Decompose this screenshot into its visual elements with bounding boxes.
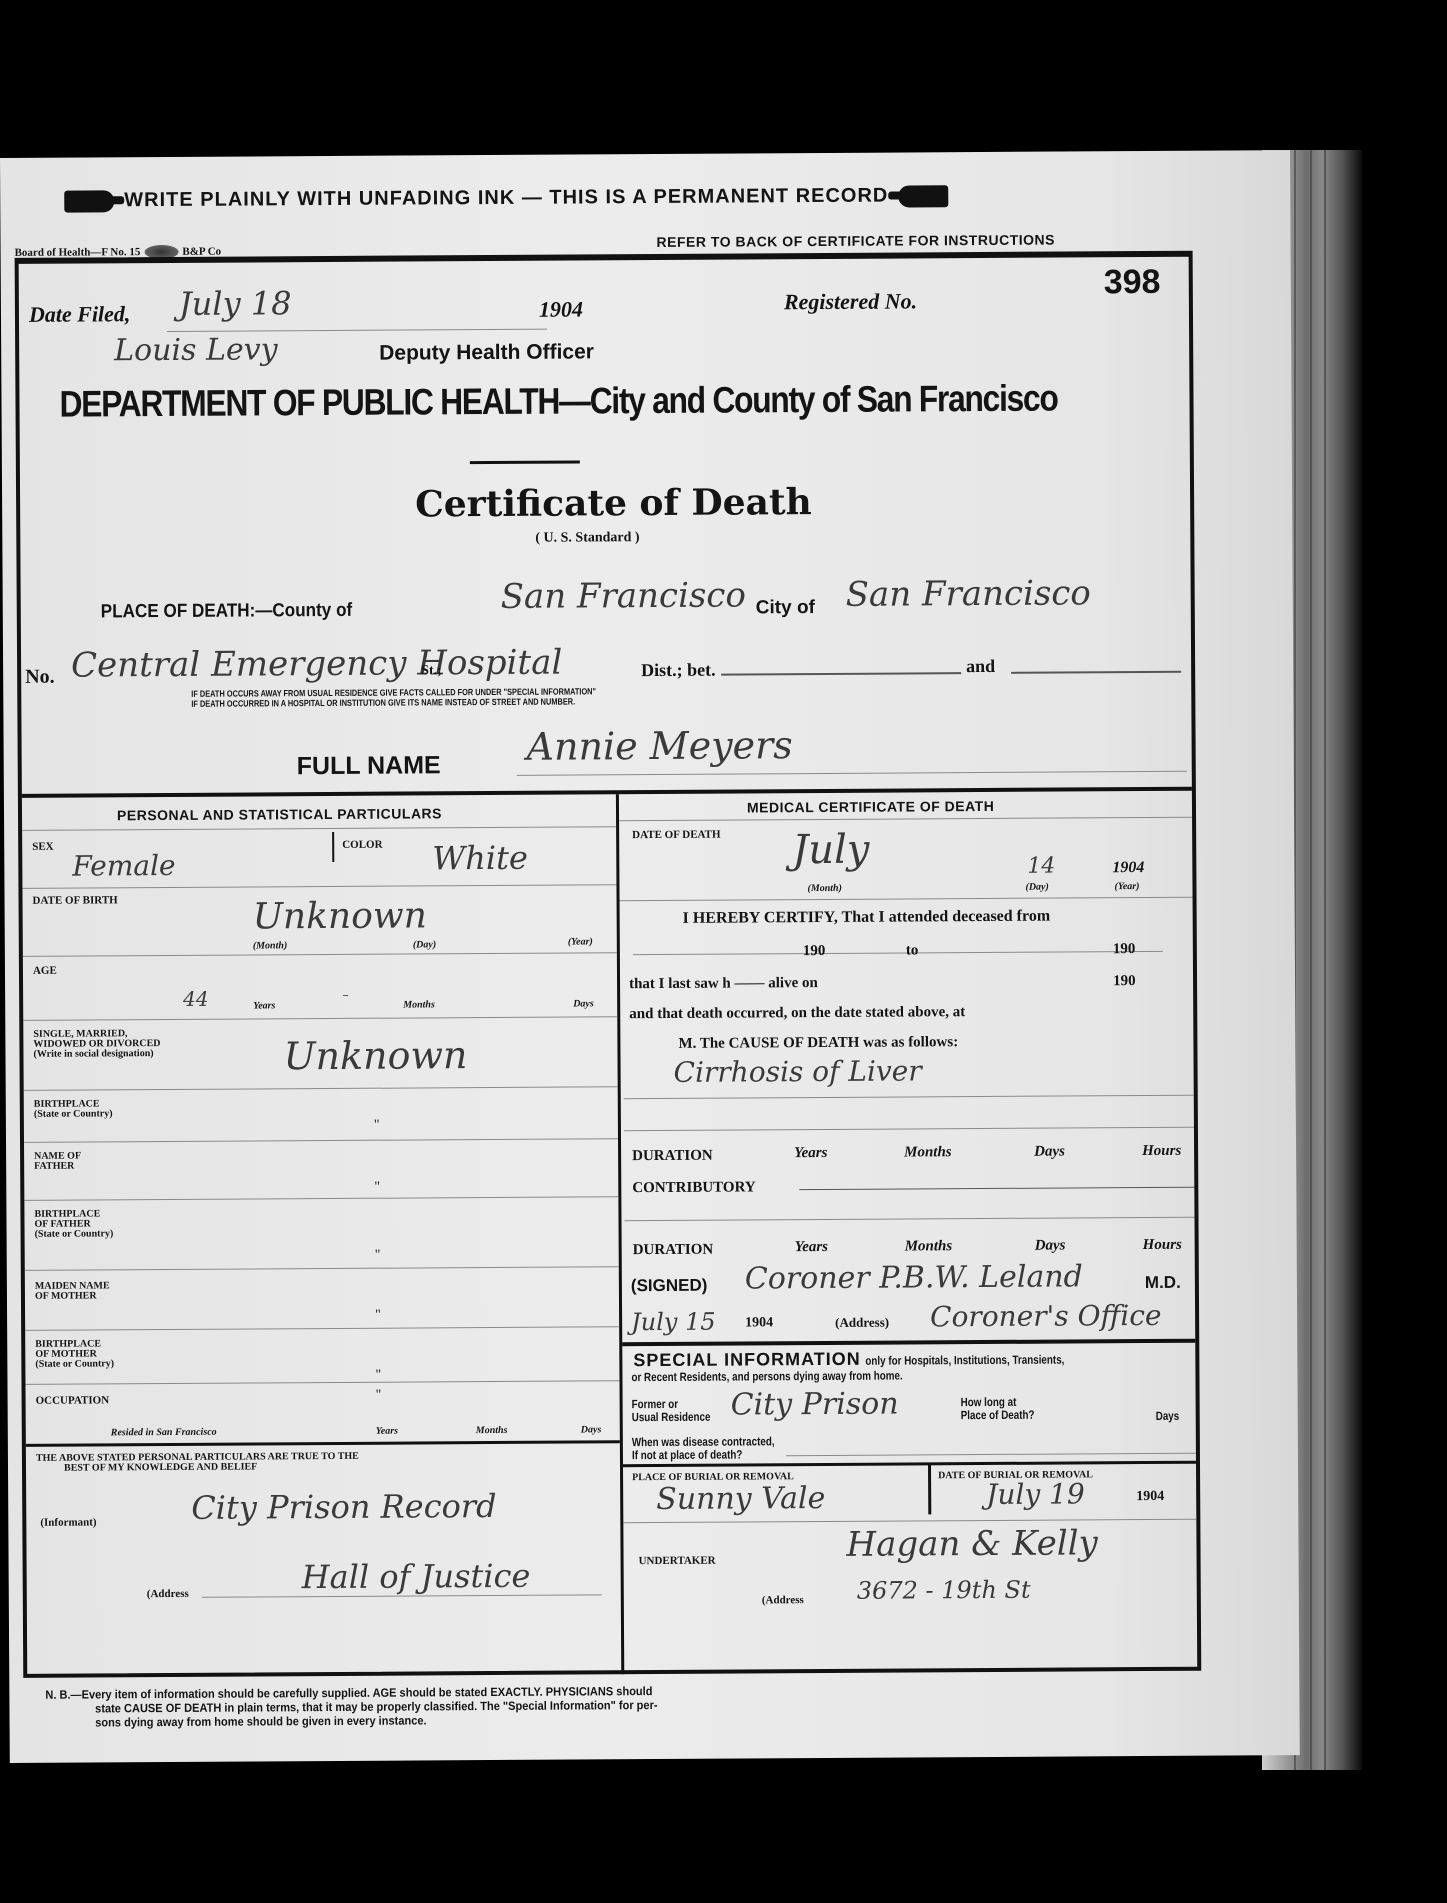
date-of-death-day: 14 <box>1027 854 1055 879</box>
dob-day-label: (Day) <box>413 939 436 950</box>
occupation-value: " <box>376 1388 382 1404</box>
mother-label-line: OF MOTHER <box>35 1291 110 1301</box>
mother-name-label: MAIDEN NAME OF MOTHER <box>35 1281 110 1301</box>
marital-label: SINGLE, MARRIED, WIDOWED OR DIVORCED (Wr… <box>33 1029 160 1060</box>
standard-subtitle: ( U. S. Standard ) <box>535 530 639 547</box>
footnote: N. B.—Every item of information should b… <box>45 1681 1131 1730</box>
attended-to-year: 190 <box>1113 941 1136 958</box>
cause-of-death-value: Cirrhosis of Liver <box>673 1054 921 1089</box>
resided-years-label: Years <box>376 1426 398 1437</box>
burial-place-value: Sunny Vale <box>656 1481 825 1517</box>
age-months-label: Months <box>403 999 435 1010</box>
informant-label: (Informant) <box>40 1517 96 1528</box>
father-name-label: NAME OF FATHER <box>34 1152 81 1172</box>
refer-note: REFER TO BACK OF CERTIFICATE FOR INSTRUC… <box>656 232 1055 250</box>
date-of-death-year-label: (Year) <box>1114 881 1139 892</box>
mother-name-value: " <box>375 1308 381 1324</box>
contributory-duration-label: DURATION <box>633 1242 714 1259</box>
registered-number: 398 <box>1104 263 1161 302</box>
signed-value: Coroner P.B.W. Leland <box>745 1259 1083 1296</box>
birthplace-value: " <box>374 1118 380 1134</box>
former-residence-label: Former or Usual Residence <box>632 1398 711 1424</box>
signed-date: July 15 <box>631 1308 716 1337</box>
former-label-line: Usual Residence <box>632 1411 711 1424</box>
mother-birthplace-label: BIRTHPLACE OF MOTHER (State or Country) <box>35 1339 114 1369</box>
how-long-unit: Days <box>1156 1409 1180 1423</box>
marital-label-line: (Write in social designation) <box>33 1049 160 1060</box>
duration-months-label: Months <box>904 1144 952 1161</box>
contributory-days-label: Days <box>1035 1238 1066 1255</box>
instruction-text: IF DEATH OCCURS AWAY FROM USUAL RESIDENC… <box>191 686 596 708</box>
top-banner: WRITE PLAINLY WITH UNFADING INK — THIS I… <box>64 183 1144 213</box>
signed-year: 1904 <box>745 1315 773 1331</box>
how-long-label: How long at Place of Death? <box>961 1396 1035 1422</box>
street-label: St.; <box>421 663 442 679</box>
informant-address-label: (Address <box>147 1589 189 1600</box>
mother-bp-label-line: (State or Country) <box>35 1359 114 1369</box>
date-filed-label: Date Filed, <box>29 301 131 328</box>
district-label: Dist.; bet. <box>641 660 716 681</box>
city-label: City of <box>756 597 815 619</box>
undertaker-value: Hagan & Kelly <box>846 1523 1098 1565</box>
cause-of-death-label: M. The CAUSE OF DEATH was as follows: <box>678 1034 958 1053</box>
sex-label: SEX <box>32 842 53 853</box>
duration-hours-label: Hours <box>1142 1143 1181 1160</box>
date-of-death-label: DATE OF DEATH <box>632 830 720 842</box>
father-name-value: " <box>374 1180 380 1196</box>
undertaker-address-value: 3672 - 19th St <box>857 1576 1031 1605</box>
informant-value: City Prison Record <box>191 1487 497 1527</box>
duration-years-label: Years <box>794 1145 827 1162</box>
death-certificate-page: WRITE PLAINLY WITH UNFADING INK — THIS I… <box>0 150 1300 1763</box>
last-saw-year: 190 <box>1113 973 1136 990</box>
color-value: White <box>432 839 528 878</box>
attestation-text: THE ABOVE STATED PERSONAL PARTICULARS AR… <box>36 1452 359 1474</box>
date-of-death-month: July <box>792 827 869 873</box>
age-years-value: 44 <box>183 987 209 1011</box>
last-saw-text: that I last saw h —— alive on <box>629 975 818 993</box>
medical-address-value: Coroner's Office <box>930 1299 1162 1333</box>
dob-value: Unknown <box>253 895 427 937</box>
burial-year-value: 1904 <box>1136 1489 1164 1505</box>
certify-text: I HEREBY CERTIFY, That I attended deceas… <box>683 908 1051 928</box>
resided-label: Resided in San Francisco <box>111 1427 217 1439</box>
banner-text: WRITE PLAINLY WITH UNFADING INK — THIS I… <box>124 185 888 213</box>
registered-label: Registered No. <box>784 288 917 315</box>
undertaker-label: UNDERTAKER <box>639 1556 716 1567</box>
resided-days-label: Days <box>581 1424 602 1435</box>
signed-label: (SIGNED) <box>631 1276 708 1296</box>
date-filed-value: July 18 <box>179 284 292 323</box>
undertaker-address-label: (Address <box>762 1595 804 1606</box>
birthplace-label: BIRTHPLACE (State or Country) <box>34 1099 113 1119</box>
personal-heading: PERSONAL AND STATISTICAL PARTICULARS <box>117 805 442 823</box>
date-of-death-day-label: (Day) <box>1025 882 1048 893</box>
instruction-line-2: IF DEATH OCCURRED IN A HOSPITAL OR INSTI… <box>191 696 596 708</box>
father-birthplace-label: BIRTHPLACE OF FATHER (State or Country) <box>34 1209 113 1239</box>
address-value: Central Emergency Hospital <box>71 643 562 686</box>
pointing-hand-icon <box>64 190 114 212</box>
special-info-subheading-2: or Recent Residents, and persons dying a… <box>631 1369 902 1385</box>
contributory-years-label: Years <box>795 1239 828 1256</box>
attended-from-year: 190 <box>803 943 826 960</box>
age-days-label: Days <box>573 998 594 1009</box>
city-value: San Francisco <box>846 573 1091 614</box>
number-label: No. <box>25 666 55 689</box>
certificate-frame: Date Filed, July 18 1904 Registered No. … <box>15 251 1202 1678</box>
father-label-line: FATHER <box>34 1162 81 1172</box>
county-value: San Francisco <box>501 575 746 616</box>
full-name-label: FULL NAME <box>297 751 441 781</box>
burial-date-value: July 19 <box>986 1477 1085 1511</box>
dob-year-label: (Year) <box>568 936 593 947</box>
special-info-heading: SPECIAL INFORMATION <box>633 1349 860 1370</box>
dob-month-label: (Month) <box>253 940 288 951</box>
attended-to-label: to <box>906 942 919 959</box>
sex-value: Female <box>72 849 175 883</box>
special-info-header: SPECIAL INFORMATION only for Hospitals, … <box>633 1347 1108 1371</box>
and-label: and <box>966 656 995 677</box>
md-label: M.D. <box>1145 1273 1181 1293</box>
contributory-months-label: Months <box>905 1238 953 1255</box>
special-info-subheading: only for Hospitals, Institutions, Transi… <box>865 1353 1064 1368</box>
duration-label: DURATION <box>632 1148 713 1165</box>
contracted-label-line: If not at place of death? <box>632 1448 775 1462</box>
marital-value: Unknown <box>283 1033 467 1078</box>
color-label: COLOR <box>342 840 382 851</box>
resided-months-label: Months <box>476 1425 508 1436</box>
medical-address-label: (Address) <box>835 1315 889 1331</box>
father-birthplace-value: " <box>375 1248 381 1264</box>
contributory-hours-label: Hours <box>1143 1237 1182 1254</box>
full-name-value: Annie Meyers <box>526 723 792 769</box>
certificate-title: Certificate of Death <box>415 481 812 525</box>
date-of-death-year: 1904 <box>1112 859 1144 877</box>
death-occurred-text: and that death occurred, on the date sta… <box>629 1004 965 1023</box>
age-years-label: Years <box>253 1000 275 1011</box>
occupation-label: OCCUPATION <box>36 1395 110 1406</box>
date-filed-year: 1904 <box>539 296 583 322</box>
date-of-death-month-label: (Month) <box>807 883 842 894</box>
officer-signature: Louis Levy <box>114 332 278 368</box>
duration-days-label: Days <box>1034 1144 1065 1161</box>
place-of-death-label: PLACE OF DEATH:—County of <box>101 600 353 624</box>
disease-contracted-label: When was disease contracted, If not at p… <box>632 1435 775 1462</box>
informant-address-value: Hall of Justice <box>302 1557 531 1596</box>
medical-heading: MEDICAL CERTIFICATE OF DEATH <box>747 798 994 816</box>
attestation-line: BEST OF MY KNOWLEDGE AND BELIEF <box>36 1462 359 1474</box>
contributory-label: CONTRIBUTORY <box>632 1179 755 1197</box>
age-label: AGE <box>33 966 57 977</box>
birthplace-label-line: (State or Country) <box>34 1109 113 1119</box>
officer-title: Deputy Health Officer <box>379 340 594 365</box>
pointing-hand-icon <box>898 185 948 207</box>
dob-label: DATE OF BIRTH <box>33 895 118 907</box>
age-months-value: – <box>343 990 348 1001</box>
father-bp-label-line: (State or Country) <box>35 1229 114 1239</box>
department-title: DEPARTMENT OF PUBLIC HEALTH—City and Cou… <box>59 378 1057 426</box>
former-residence-value: City Prison <box>731 1387 899 1423</box>
how-long-label-line: Place of Death? <box>961 1409 1035 1422</box>
